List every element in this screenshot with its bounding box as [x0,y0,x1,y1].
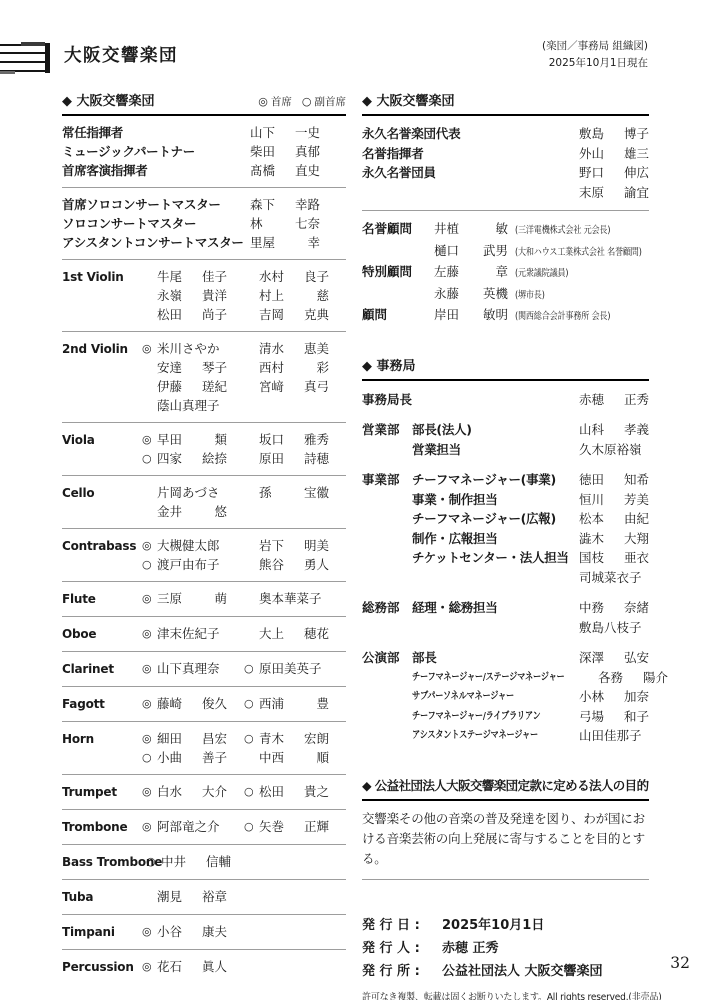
purpose-section-header: ◆ 公益社団法人大阪交響楽団定款に定める法人の目的 [362,776,649,801]
org-chart-caption: (楽団／事務局 組織図) [542,38,648,55]
colophon-label: 発 行 日 : [362,914,436,937]
advisor-affiliation: (三洋電機株式会社 元会長) [515,221,610,241]
office-row: 総務部経理・総務担当中務奈緒 [362,598,649,618]
name-single: 久木原裕嶺 [579,440,642,460]
rank-marker-icon: ○ [142,748,157,767]
office-role-label [412,568,579,588]
given-name: 伸広 [624,163,649,183]
person-name: 中務奈緒 [579,598,649,618]
given-name: 幸路 [295,195,320,214]
person-name: 岸田敏明 [434,305,508,325]
person-name: 花石眞人 [157,957,227,976]
names-column: ◎米川さやか安達琴子伊藤瑳紀蔭山真理子 [142,339,244,415]
person-name: 津末佐紀子 [157,624,227,643]
rank-marker-icon [244,555,259,574]
family-name: 深澤 [579,648,604,668]
instrument-section: Oboe◎津末佐紀子大上穂花 [62,616,346,651]
family-name: 牛尾 [157,267,182,286]
family-name: 孫 [259,483,272,502]
rank-marker-icon: ◎ [142,339,157,358]
person-name: 蔭山真理子 [157,396,227,415]
given-name: 瑳紀 [202,377,227,396]
family-name: 山科 [579,420,604,440]
family-name: 小林 [579,687,604,707]
family-name: 西浦 [259,694,284,713]
rank-marker-icon [244,449,259,468]
person-name: 藤崎俊久 [157,694,227,713]
colophon-label: 発 行 人 : [362,937,436,960]
member-row: 水村良子 [244,267,346,286]
office-role-label: 部長 [412,648,579,668]
office-role-label: チーフマネージャー/ライブラリアン [412,707,549,727]
instrument-label: 1st Violin [62,267,142,324]
staff-line [0,61,45,63]
rank-marker-icon: ◎ [142,922,157,941]
given-name: 直史 [295,161,320,180]
family-name: 中井 [161,852,186,871]
given-name: 勇人 [304,555,329,574]
department-label [362,726,412,746]
member-row: ○青木宏朗 [244,729,346,748]
family-name: 敷島 [579,124,604,144]
names-column: ○矢巻正輝 [244,817,346,837]
colophon: 発 行 日 :2025年10月1日発 行 人 :赤穂 正秀発 行 所 :公益社団… [362,914,649,1000]
rank-marker-icon: ◎ [142,782,157,801]
legend-principal: ◎ 首席 [258,94,292,109]
given-name: 善子 [202,748,227,767]
role-row: ソロコンサートマスター林七奈 [62,214,346,233]
family-name: 外山 [579,144,604,164]
member-row: 中西順 [244,748,346,767]
rank-marker-icon: ○ [146,852,161,871]
person-name: 渡戸由布子 [157,555,227,574]
family-name: 森下 [250,195,275,214]
person-name: 金井悠 [157,502,227,521]
rank-marker-icon [244,536,259,555]
office-row: チーフマネージャー(広報)松本由紀 [362,509,649,529]
member-row: 岩下明美 [244,536,346,555]
given-name: 由紀 [624,509,649,529]
rank-marker-icon: ◎ [142,659,157,678]
person-name: 柴田真郁 [250,142,320,161]
member-row: ○西浦豊 [244,694,346,713]
family-name: 林 [250,214,263,233]
family-name: 永藤 [434,284,459,304]
given-name: 裕章 [202,887,227,906]
person-name: 奥本華菜子 [259,589,329,608]
person-name: 伊藤瑳紀 [157,377,227,396]
office-role-label: アシスタントステージマネージャー [412,726,549,746]
person-name: 水村良子 [259,267,329,286]
given-name: 穂花 [304,624,329,643]
family-name: 花石 [157,957,182,976]
family-name: 柴田 [250,142,275,161]
person-name: 山下真理奈 [157,659,227,678]
instrument-label: Trumpet [62,782,142,802]
family-name: 宮﨑 [259,377,284,396]
name-single: 奥本華菜子 [259,589,322,608]
family-name: 弓場 [579,707,604,727]
office-role-label: サブパーソネルマネージャー [412,687,549,707]
member-row: ◎小谷康夫 [142,922,244,941]
office-row: 事務局長赤穂正秀 [362,390,649,410]
person-name: 矢巻正輝 [259,817,329,836]
member-row: 熊谷勇人 [244,555,346,574]
office-group: 事業部チーフマネージャー(事業)徳田知希事業・制作担当恒川芳美チーフマネージャー… [362,470,649,587]
as-of-date: 2025年10月1日現在 [542,55,648,72]
member-row: 坂口雅秀 [244,430,346,449]
rank-marker-icon [244,589,259,608]
rank-marker-icon [244,339,259,358]
member-row: ○矢巻正輝 [244,817,346,836]
instrument-label: Percussion [62,957,142,977]
rank-marker-icon [142,286,157,305]
rank-marker-icon [142,483,157,502]
member-row: 原田詩穂 [244,449,346,468]
office-row: 司城菜衣子 [362,568,649,588]
name-single: 渡戸由布子 [157,555,220,574]
rank-marker-icon [142,358,157,377]
family-name: 松田 [259,782,284,801]
given-name: 大介 [202,782,227,801]
given-name: 大翔 [624,529,649,549]
family-name: 髙橋 [250,161,275,180]
role-label: ソロコンサートマスター [62,214,250,233]
given-name: 幸 [307,233,320,252]
family-name: 大上 [259,624,284,643]
advisor-row: 永藤英機(堺市長) [362,284,649,306]
role-label: 常任指揮者 [62,123,250,142]
associate-principal-marker-icon: ○ [302,95,312,108]
person-name: 司城菜衣子 [579,568,649,588]
names-column: 片岡あづさ金井悠 [142,483,244,521]
instrument-section: Trumpet◎白水大介○松田貴之 [62,774,346,809]
given-name: 絵捺 [202,449,227,468]
person-name: 熊谷勇人 [259,555,329,574]
member-row: 片岡あづさ [142,483,244,502]
person-name: 久木原裕嶺 [579,440,649,460]
names-column: 大上穂花 [244,624,346,644]
advisor-row: 名誉顧問井植敏(三洋電機株式会社 元会長) [362,219,649,241]
given-name: 尚子 [202,305,227,324]
names-column [248,852,350,872]
office-role-label: 経理・総務担当 [412,598,579,618]
given-name: 奈緒 [624,598,649,618]
member-row: ◎津末佐紀子 [142,624,244,643]
colophon-value: 公益社団法人 大阪交響楽団 [442,960,603,983]
person-name: 髙橋直史 [250,161,320,180]
instrument-section: Percussion◎花石眞人 [62,949,346,984]
advisor-affiliation: (大和ハウス工業株式会社 名誉顧問) [515,243,642,263]
honor-role-label: 永久名誉楽団代表 [362,124,579,144]
honor-role-label [362,183,579,203]
member-row: 牛尾佳子 [142,267,244,286]
member-row: ◎細田昌宏 [142,729,244,748]
person-name: 大槻健太郎 [157,536,227,555]
person-name: 澁木大翔 [579,529,649,549]
office-row: 敷島八枝子 [362,618,649,638]
names-column: ◎早田類○四家絵捺 [142,430,244,468]
member-row: 松田尚子 [142,305,244,324]
role-row: 首席客演指揮者髙橋直史 [62,161,346,180]
member-row: ○松田貴之 [244,782,346,801]
person-name: 潮見裕章 [157,887,227,906]
family-name: 清水 [259,339,284,358]
principal-marker-icon: ◎ [258,95,268,108]
rank-marker-icon: ◎ [142,817,157,836]
honorary-list: 永久名誉楽団代表敷島博子名誉指揮者外山雄三永久名誉団員野口伸広末原諭宜 [362,116,649,210]
rank-marker-icon: ○ [244,729,259,748]
person-name: 深澤弘安 [579,648,649,668]
names-column: 水村良子村上慈吉岡克典 [244,267,346,324]
rank-marker-icon: ○ [142,449,157,468]
associate-principal-label: 副首席 [315,94,347,109]
family-name: 永嶺 [157,286,182,305]
person-name: 牛尾佳子 [157,267,227,286]
honor-row: 永久名誉団員野口伸広 [362,163,649,183]
purpose-text: 交響楽その他の音楽の普及発達を図り、わが国における音楽芸術の向上発展に寄与するこ… [362,801,649,880]
family-name: 澁木 [579,529,604,549]
office-role-label [412,390,579,410]
department-label [362,548,412,568]
person-name: 小谷康夫 [157,922,227,941]
person-name: 末原諭宜 [579,183,649,203]
honors-section-header: ◆ 大阪交響楽団 [362,90,649,116]
family-name: 徳田 [579,470,604,490]
names-column [244,887,346,907]
person-name: 小林加奈 [579,687,649,707]
instrument-label: Contrabass [62,536,142,574]
family-name: 潮見 [157,887,182,906]
given-name: 順 [316,748,329,767]
member-row: 永嶺貴洋 [142,286,244,305]
instrument-label: Flute [62,589,142,609]
family-name: 安達 [157,358,182,377]
name-single: 敷島八枝子 [579,618,642,638]
advisor-role-label: 名誉顧問 [362,219,434,239]
member-row: ◎三原萌 [142,589,244,608]
office-row: サブパーソネルマネージャー小林加奈 [362,687,649,707]
office-row: チケットセンター・法人担当国枝亜衣 [362,548,649,568]
colophon-value: 赤穂 正秀 [442,937,499,960]
name-single: 原田美英子 [259,659,322,678]
given-name: 正輝 [304,817,329,836]
names-column: ◎細田昌宏○小曲善子 [142,729,244,767]
member-row: ○小曲善子 [142,748,244,767]
family-name: 恒川 [579,490,604,510]
office-row: 営業担当久木原裕嶺 [362,440,649,460]
person-name: 左藤章 [434,262,508,282]
family-name: 伊藤 [157,377,182,396]
family-name: 藤崎 [157,694,182,713]
names-column: ◎阿部竜之介 [142,817,244,837]
office-group: 営業部部長(法人)山科孝義営業担当久木原裕嶺 [362,420,649,459]
honor-row: 末原諭宜 [362,183,649,203]
family-name: 小谷 [157,922,182,941]
instrument-section: Timpani◎小谷康夫 [62,914,346,949]
given-name: 佳子 [202,267,227,286]
advisor-role-label: 顧問 [362,305,434,325]
rank-marker-icon [142,502,157,521]
department-label: 事務局長 [362,390,412,410]
person-name: 小曲善子 [157,748,227,767]
instrument-label: Fagott [62,694,142,714]
rank-marker-icon [142,396,157,415]
office-role-label [412,618,579,638]
family-name: 熊谷 [259,555,284,574]
colophon-rows: 発 行 日 :2025年10月1日発 行 人 :赤穂 正秀発 行 所 :公益社団… [362,914,649,983]
rank-marker-icon: ◎ [142,430,157,449]
member-row: 村上慈 [244,286,346,305]
family-name: 赤穂 [579,390,604,410]
rank-marker-icon [142,267,157,286]
program-page: 大阪交響楽団 (楽団／事務局 組織図) 2025年10月1日現在 ◆ 大阪交響楽… [0,0,705,1000]
member-row: 奥本華菜子 [244,589,346,608]
staff-accent-top [21,42,45,46]
person-name: 安達琴子 [157,358,227,377]
office-role-label: 営業担当 [412,440,579,460]
instrument-section: Contrabass◎大槻健太郎○渡戸由布子岩下明美熊谷勇人 [62,528,346,581]
office-role-label: 部長(法人) [412,420,579,440]
person-name: 原田美英子 [259,659,329,678]
office-role-label: チーフマネージャー/ステージマネージャー [412,668,564,688]
given-name: 知希 [624,470,649,490]
family-name: 中西 [259,748,284,767]
department-label [362,509,412,529]
honor-row: 名誉指揮者外山雄三 [362,144,649,164]
name-single: 司城菜衣子 [579,568,642,588]
person-name: 野口伸広 [579,163,649,183]
person-name: 永藤英機 [434,284,508,304]
header-meta: (楽団／事務局 組織図) 2025年10月1日現在 [542,38,648,71]
given-name: 武男 [483,241,508,261]
office-staff-list: 事務局長赤穂正秀営業部部長(法人)山科孝義営業担当久木原裕嶺事業部チーフマネージ… [362,381,649,746]
role-label: 首席ソロコンサートマスター [62,195,250,214]
member-row: ◎藤崎俊久 [142,694,244,713]
advisor-row: 顧問岸田敏明(関西総合会計事務所 会長) [362,305,649,327]
family-name: 早田 [157,430,182,449]
name-single: 山田佳那子 [579,726,642,746]
rank-marker-icon [244,358,259,377]
person-name: 敷島博子 [579,124,649,144]
name-single: 大槻健太郎 [157,536,220,555]
member-row: 蔭山真理子 [142,396,244,415]
names-column: ○西浦豊 [244,694,346,714]
rank-marker-icon: ◎ [142,729,157,748]
role-row: ミュージックパートナー柴田真郁 [62,142,346,161]
family-name: 原田 [259,449,284,468]
family-name: 金井 [157,502,182,521]
honor-role-label: 永久名誉団員 [362,163,579,183]
role-label: アシスタントコンサートマスター [62,233,250,252]
page-number: 32 [670,954,690,972]
family-name: 青木 [259,729,284,748]
honor-row: 永久名誉楽団代表敷島博子 [362,124,649,144]
person-name: 山科孝義 [579,420,649,440]
family-name: 左藤 [434,262,459,282]
member-row: ◎山下真理奈 [142,659,244,678]
office-row: チーフマネージャー/ライブラリアン弓場和子 [362,707,649,727]
office-role-label: チーフマネージャー(事業) [412,470,579,490]
person-name: 細田昌宏 [157,729,227,748]
department-label [362,490,412,510]
instrument-label: Timpani [62,922,142,942]
member-row: 金井悠 [142,502,244,521]
names-column: 坂口雅秀原田詩穂 [244,430,346,468]
given-name: 彩 [316,358,329,377]
given-name: 克典 [304,305,329,324]
given-name: 信輔 [206,852,231,871]
rank-marker-icon: ○ [244,659,259,678]
department-label [362,668,412,688]
given-name: 恵美 [304,339,329,358]
colophon-row: 発 行 日 :2025年10月1日 [362,914,649,937]
person-name: 大上穂花 [259,624,329,643]
rank-marker-icon: ○ [244,694,259,713]
role-label: ミュージックパートナー [62,142,250,161]
advisor-affiliation: (関西総合会計事務所 会長) [515,307,610,327]
instrument-label: 2nd Violin [62,339,142,415]
names-column [244,922,346,942]
rank-marker-icon [142,887,157,906]
office-row: 事業部チーフマネージャー(事業)徳田知希 [362,470,649,490]
instrument-section: Horn◎細田昌宏○小曲善子○青木宏朗中西順 [62,721,346,774]
family-name: 三原 [157,589,182,608]
honor-role-label: 名誉指揮者 [362,144,579,164]
names-column: 孫宝徽 [244,483,346,521]
person-name: 松田尚子 [157,305,227,324]
member-row: ◎阿部竜之介 [142,817,244,836]
person-name: 坂口雅秀 [259,430,329,449]
person-name: 青木宏朗 [259,729,329,748]
family-name: 坂口 [259,430,284,449]
member-row: ◎早田類 [142,430,244,449]
department-label: 事業部 [362,470,412,490]
person-name: 白水大介 [157,782,227,801]
given-name: 諭宜 [624,183,649,203]
given-name: 和子 [624,707,649,727]
instrument-section: Bass Trombone○中井信輔 [62,844,346,879]
names-column: ○中井信輔 [146,852,248,872]
family-name: 松田 [157,305,182,324]
names-column: 奥本華菜子 [244,589,346,609]
office-role-label: 制作・広報担当 [412,529,579,549]
member-row: ○原田美英子 [244,659,346,678]
office-group: 事務局長赤穂正秀 [362,390,649,410]
department-label [362,687,412,707]
person-name: 岩下明美 [259,536,329,555]
person-name: 永嶺貴洋 [157,286,227,305]
department-label [362,529,412,549]
instrument-section: Clarinet◎山下真理奈○原田美英子 [62,651,346,686]
role-row: 首席ソロコンサートマスター森下幸路 [62,195,346,214]
advisor-row: 樋口武男(大和ハウス工業株式会社 名誉顧問) [362,241,649,263]
office-row: チーフマネージャー/ステージマネージャー各務陽介 [362,668,649,688]
staff-lines-logo [0,44,50,72]
person-name: 村上慈 [259,286,329,305]
member-row: ○四家絵捺 [142,449,244,468]
rights-notice: 許可なき複製、転載は固くお断りいたします。All rights reserved… [362,989,635,1000]
family-name: 里屋 [250,233,275,252]
person-name: 樋口武男 [434,241,508,261]
person-name: 三原萌 [157,589,227,608]
instrument-section: Flute◎三原萌奥本華菜子 [62,581,346,616]
office-group: 公演部部長深澤弘安チーフマネージャー/ステージマネージャー各務陽介サブパーソネル… [362,648,649,746]
member-row: 西村彩 [244,358,346,377]
family-name: 白水 [157,782,182,801]
given-name: 良子 [304,267,329,286]
person-name: 林七奈 [250,214,320,233]
